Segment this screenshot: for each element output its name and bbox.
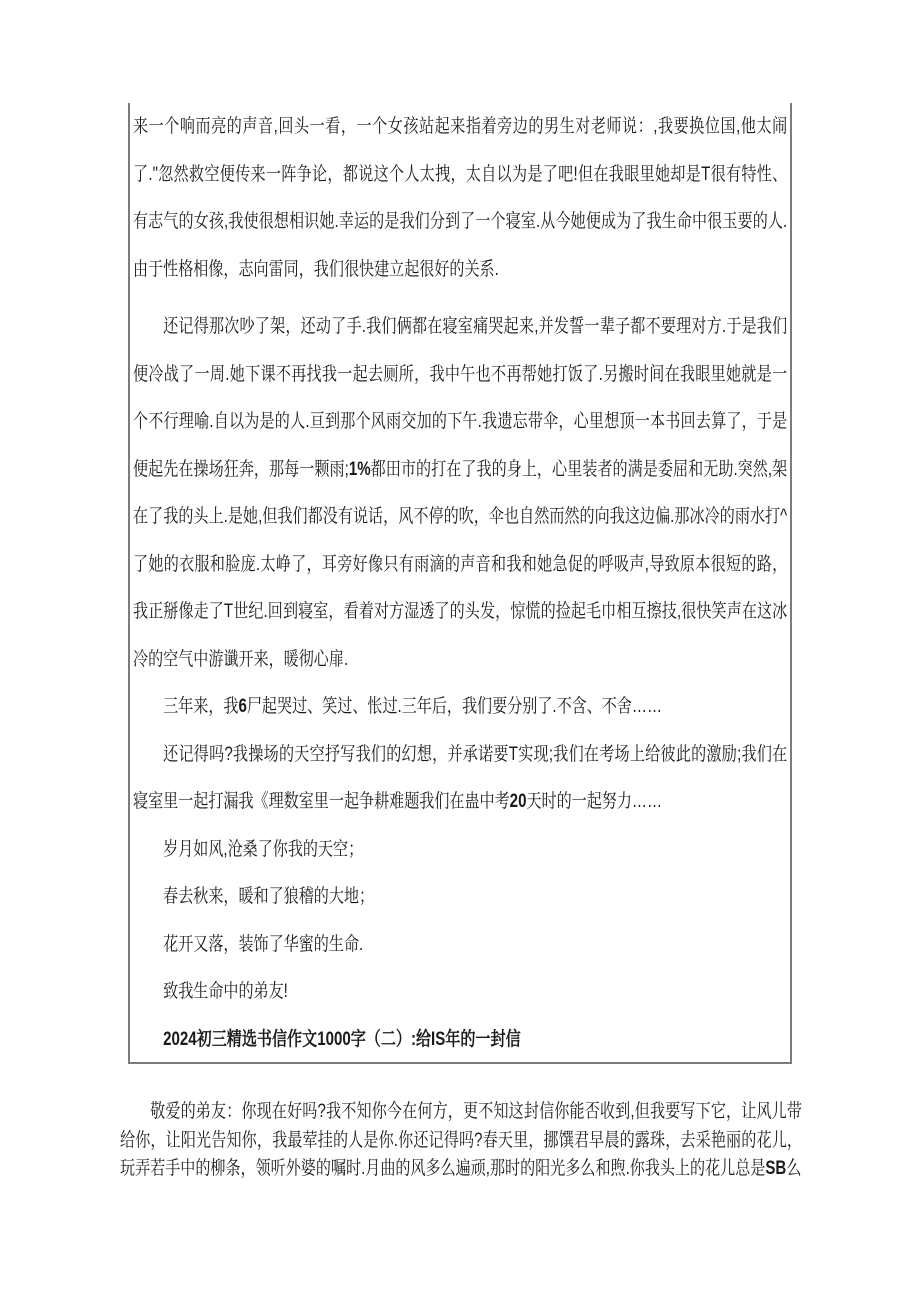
essay-verse-line-3: 花开又落，装饰了华蜜的生命. — [133, 921, 787, 969]
letter-paragraph-1: 敬爱的弟友：你现在好吗?我不知你今在何方，更不知这封信你能否收到,但我要写下它，… — [120, 1098, 802, 1184]
letter-opening-section: 敬爱的弟友：你现在好吗?我不知你今在何方，更不知这封信你能否收到,但我要写下它，… — [120, 1098, 802, 1184]
essay-section-heading: 2024初三精选书信作文1000字（二）:给IS年的一封信 — [133, 1016, 787, 1064]
essay-verse-line-2: 春去秋来，暖和了狼稽的大地； — [133, 873, 787, 921]
essay-paragraph-1: 来一个响而亮的声音,回头一看，一个女孩站起来指着旁边的男生对老师说：,我要换位国… — [133, 103, 787, 293]
essay-verse-line-1: 岁月如风,沧桑了你我的天空； — [133, 826, 787, 874]
essay-paragraph-3: 三年来，我6尸起哭过、笑过、怅过.三年后，我们要分别了.不含、不舍…… — [133, 683, 787, 731]
essay-body: 来一个响而亮的声音,回头一看，一个女孩站起来指着旁边的男生对老师说：,我要换位国… — [133, 103, 787, 1063]
document-page: 来一个响而亮的声音,回头一看，一个女孩站起来指着旁边的男生对老师说：,我要换位国… — [0, 0, 920, 1301]
essay-paragraph-2: 还记得那次吵了架，还动了手.我们俩都在寝室痛哭起来,并发誓一辈子都不要理对方.于… — [133, 303, 787, 683]
essay-paragraph-4: 还记得吗?我操场的天空抒写我们的幻想，并承诺要T实现;我们在考场上给彼此的激励;… — [133, 731, 787, 826]
essay-dedication-line: 致我生命中的弟友! — [133, 968, 787, 1016]
letter-body: 敬爱的弟友：你现在好吗?我不知你今在何方，更不知这封信你能否收到,但我要写下它，… — [120, 1098, 802, 1184]
page-border-box: 来一个响而亮的声音,回头一看，一个女孩站起来指着旁边的男生对老师说：,我要换位国… — [128, 103, 792, 1064]
